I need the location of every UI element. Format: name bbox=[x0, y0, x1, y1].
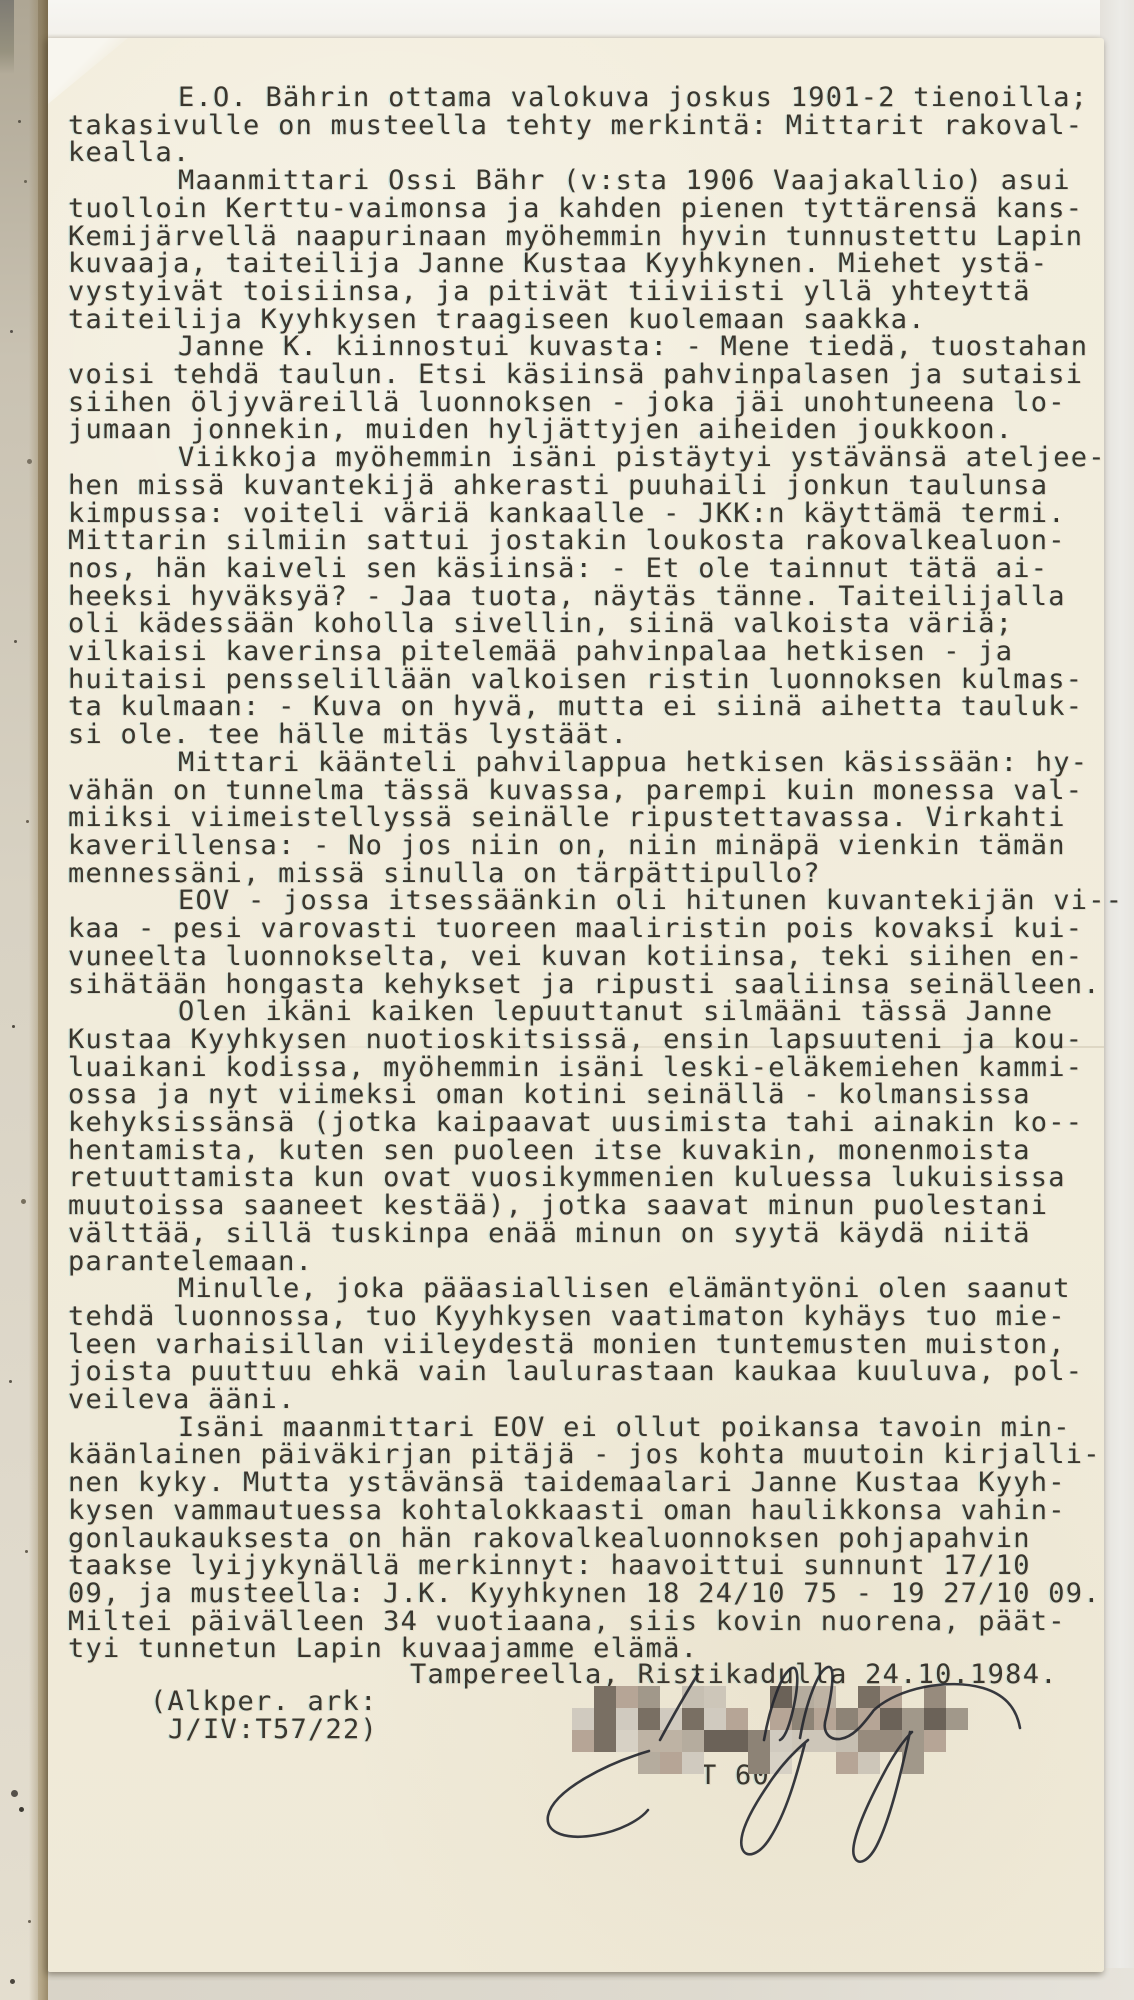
typed-paragraph: Minulle, joka pääasiallisen elämäntyöni … bbox=[68, 1275, 1112, 1414]
scanned-document-scene: E.O. Bährin ottama valokuva joskus 1901-… bbox=[0, 0, 1134, 2000]
spine-shadow-notch bbox=[0, 0, 14, 74]
typewritten-page: E.O. Bährin ottama valokuva joskus 1901-… bbox=[48, 38, 1104, 1972]
typed-paragraph: Janne K. kiinnostui kuvasta: - Mene tied… bbox=[68, 333, 1112, 444]
typed-paragraph: Isäni maanmittari EOV ei ollut poikansa … bbox=[68, 1414, 1112, 1663]
typed-paragraph: Viikkoja myöhemmin isäni pistäytyi ystäv… bbox=[68, 444, 1112, 749]
archive-reference-line2: J/IV:T57/22) bbox=[168, 1716, 378, 1744]
redacted-signature-mosaic bbox=[570, 1684, 980, 1776]
typed-text: E.O. Bährin ottama valokuva joskus 1901-… bbox=[68, 84, 1112, 1663]
underlying-sheet-top-edge bbox=[38, 0, 1134, 42]
typed-paragraph: EOV - jossa itsessäänkin oli hitunen kuv… bbox=[68, 887, 1112, 998]
typed-paragraph: Maanmittari Ossi Bähr (v:sta 1906 Vaajak… bbox=[68, 167, 1112, 333]
archive-reference-line1: (Alkper. ark: bbox=[150, 1688, 378, 1716]
book-binding-strip bbox=[0, 0, 48, 2000]
underlying-pages-bottom-edge bbox=[48, 1968, 1134, 2000]
typed-paragraph: E.O. Bährin ottama valokuva joskus 1901-… bbox=[68, 84, 1112, 167]
typed-paragraph: Mittari käänteli pahvilappua hetkisen kä… bbox=[68, 749, 1112, 888]
typed-paragraph: Olen ikäni kaiken lepuuttanut silmääni t… bbox=[68, 998, 1112, 1275]
